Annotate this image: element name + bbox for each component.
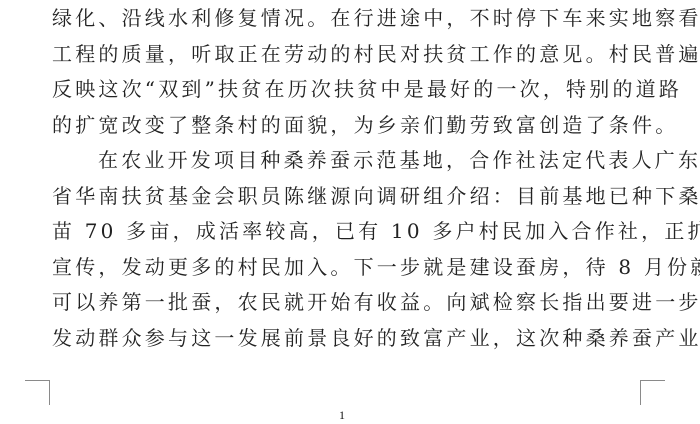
text-line: 省华南扶贫基金会职员陈继源向调研组介绍：目前基地已种下桑 — [52, 179, 642, 215]
margin-corner-mark-left — [25, 380, 50, 405]
margin-corner-mark-right — [640, 380, 665, 405]
text-line: 绿化、沿线水利修复情况。在行进途中，不时停下车来实地察看 — [52, 1, 642, 37]
document-page: 绿化、沿线水利修复情况。在行进途中，不时停下车来实地察看 工程的质量，听取正在劳… — [0, 0, 700, 424]
text-line: 发动群众参与这一发展前景良好的致富产业，这次种桑养蚕产业 — [52, 321, 642, 357]
text-line: 的扩宽改变了整条村的面貌，为乡亲们勤劳致富创造了条件。 — [52, 108, 642, 144]
text-line: 工程的质量，听取正在劳动的村民对扶贫工作的意见。村民普遍 — [52, 37, 642, 73]
text-line: 反映这次“双到”扶贫在历次扶贫中是最好的一次，特别的道路 — [52, 72, 642, 108]
page-number: 1 — [339, 408, 345, 423]
body-text: 绿化、沿线水利修复情况。在行进途中，不时停下车来实地察看 工程的质量，听取正在劳… — [52, 1, 642, 356]
paragraph-start-line: 在农业开发项目种桑养蚕示范基地，合作社法定代表人广东 — [52, 143, 642, 179]
text-line: 可以养第一批蚕，农民就开始有收益。向斌检察长指出要进一步 — [52, 285, 642, 321]
text-line: 苗 70 多亩，成活率较高，已有 10 多户村民加入合作社，正扩大 — [52, 214, 642, 250]
text-line: 宣传，发动更多的村民加入。下一步就是建设蚕房，待 8 月份就 — [52, 250, 642, 286]
